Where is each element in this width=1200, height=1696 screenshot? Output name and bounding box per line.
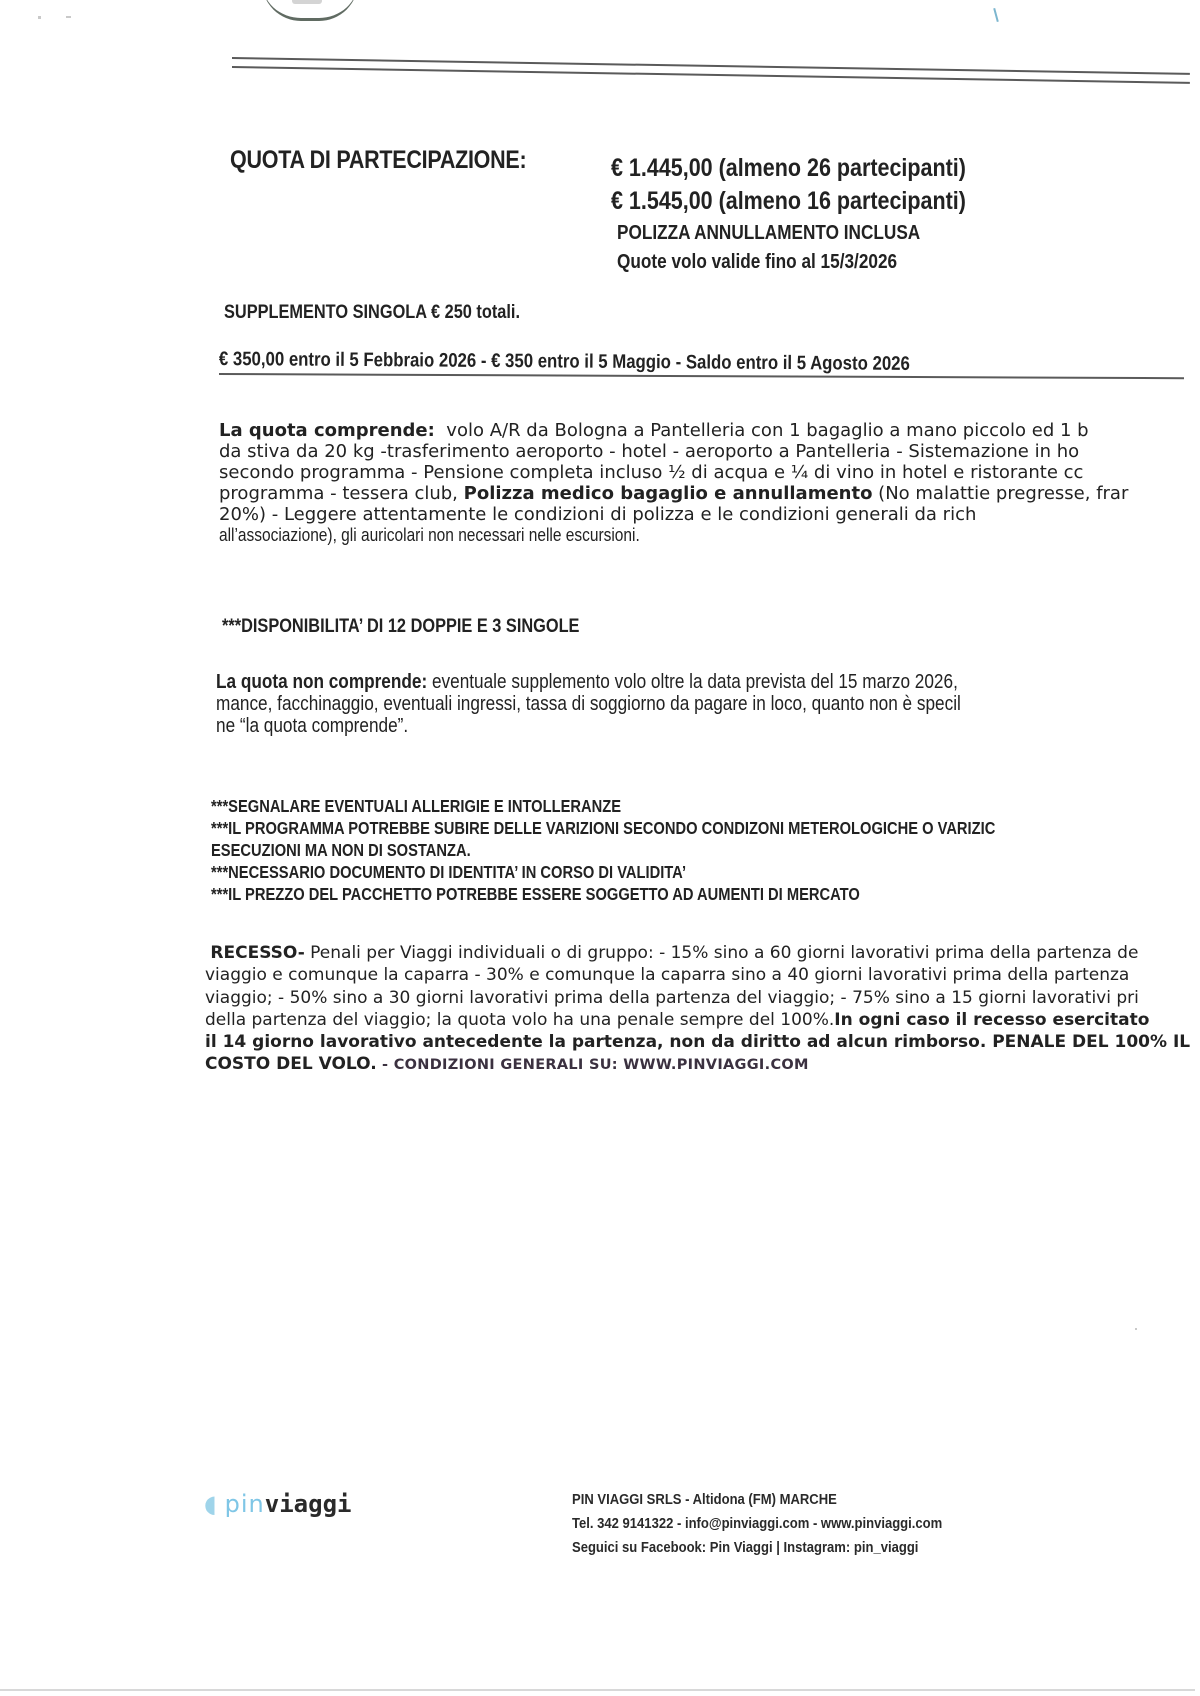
includes-line: all’associazione), gli auricolari non ne… bbox=[219, 525, 1070, 546]
single-supplement: SUPPLEMENTO SINGOLA € 250 totali. bbox=[224, 302, 520, 324]
excludes-paragraph: La quota non comprende: eventuale supple… bbox=[216, 671, 1200, 737]
includes-insurance: Polizza medico bagaglio e annullamento bbox=[464, 483, 873, 504]
header-rule-bottom bbox=[232, 66, 1190, 84]
recesso-line: viaggio; - 50% sino a 30 giorni lavorati… bbox=[205, 987, 1195, 1009]
scan-edge bbox=[0, 1689, 1195, 1691]
insurance-included: POLIZZA ANNULLAMENTO INCLUSA bbox=[617, 222, 920, 245]
excludes-label: La quota non comprende: bbox=[216, 671, 427, 693]
recesso-line: Penali per Viaggi individuali o di grupp… bbox=[305, 943, 1139, 963]
flight-validity: Quote volo valide fino al 15/3/2026 bbox=[617, 251, 897, 274]
quota-label: QUOTA DI PARTECIPAZIONE: bbox=[230, 146, 526, 175]
recesso-bold: il 14 giorno lavorativo antecedente la p… bbox=[205, 1032, 1190, 1052]
scan-speck bbox=[38, 16, 41, 19]
recesso-line: della partenza del viaggio; la quota vol… bbox=[205, 1010, 834, 1030]
recesso-bold: In ogni caso il recesso esercitato bbox=[834, 1010, 1149, 1030]
notice-item: ***IL PROGRAMMA POTREBBE SUBIRE DELLE VA… bbox=[211, 817, 1177, 839]
includes-label: La quota comprende: bbox=[219, 420, 435, 441]
includes-line: secondo programma - Pensione completa in… bbox=[219, 462, 1200, 483]
scan-speck bbox=[993, 8, 999, 22]
recesso-label: RECESSO- bbox=[210, 943, 304, 963]
footer-contacts: Tel. 342 9141322 - info@pinviaggi.com - … bbox=[572, 1512, 942, 1536]
recesso-bold: COSTO DEL VOLO. bbox=[205, 1054, 377, 1074]
payment-schedule: € 350,00 entro il 5 Febbraio 2026 - € 35… bbox=[219, 348, 910, 376]
notice-item: ***SEGNALARE EVENTUALI ALLERIGIE E INTOL… bbox=[211, 795, 1177, 817]
includes-line: programma - tessera club, bbox=[219, 483, 464, 504]
logo-pin-text: pin bbox=[225, 1490, 265, 1518]
excludes-line: ne “la quota comprende”. bbox=[216, 715, 1200, 737]
conditions-link[interactable]: - CONDIZIONI GENERALI SU: WWW.PINVIAGGI.… bbox=[377, 1057, 809, 1073]
scan-speck bbox=[66, 16, 71, 18]
scan-speck bbox=[1135, 1328, 1137, 1330]
header-rule-top bbox=[232, 57, 1190, 75]
excludes-line: eventuale supplemento volo oltre la data… bbox=[427, 671, 958, 693]
notice-item: ***IL PREZZO DEL PACCHETTO POTREBBE ESSE… bbox=[211, 883, 1177, 905]
logo-viaggi-text: viaggi bbox=[265, 1490, 352, 1518]
recesso-line: viaggio e comunque la caparra - 30% e co… bbox=[205, 964, 1195, 986]
pinviaggi-logo: ◖pinviaggi bbox=[204, 1490, 351, 1518]
notice-item: ***NECESSARIO DOCUMENTO DI IDENTITA’ IN … bbox=[211, 861, 1177, 883]
footer-social: Seguici su Facebook: Pin Viaggi | Instag… bbox=[572, 1536, 918, 1560]
association-logo-partial-icon bbox=[262, 0, 358, 21]
excludes-line: mance, facchinaggio, eventuali ingressi,… bbox=[216, 693, 1200, 715]
notices-list: ***SEGNALARE EVENTUALI ALLERIGIE E INTOL… bbox=[211, 795, 1177, 905]
recesso-paragraph: RECESSO- Penali per Viaggi individuali o… bbox=[205, 942, 1195, 1077]
includes-paragraph: La quota comprende: volo A/R da Bologna … bbox=[219, 420, 1200, 546]
notice-item: ESECUZIONI MA NON DI SOSTANZA. bbox=[211, 839, 1177, 861]
includes-line: (No malattie pregresse, frar bbox=[872, 483, 1128, 504]
pin-logo-icon: ◖ bbox=[204, 1490, 217, 1518]
availability-note: ***DISPONIBILITA’ DI 12 DOPPIE E 3 SINGO… bbox=[222, 616, 1065, 638]
footer-company: PIN VIAGGI SRLS - Altidona (FM) MARCHE bbox=[572, 1488, 837, 1512]
price-16-participants: € 1.545,00 (almeno 16 partecipanti) bbox=[611, 187, 966, 216]
includes-line: volo A/R da Bologna a Pantelleria con 1 … bbox=[446, 420, 1088, 441]
includes-line: 20%) - Leggere attentamente le condizion… bbox=[219, 504, 1200, 525]
includes-line: da stiva da 20 kg -trasferimento aeropor… bbox=[219, 441, 1200, 462]
price-26-participants: € 1.445,00 (almeno 26 partecipanti) bbox=[611, 154, 966, 183]
